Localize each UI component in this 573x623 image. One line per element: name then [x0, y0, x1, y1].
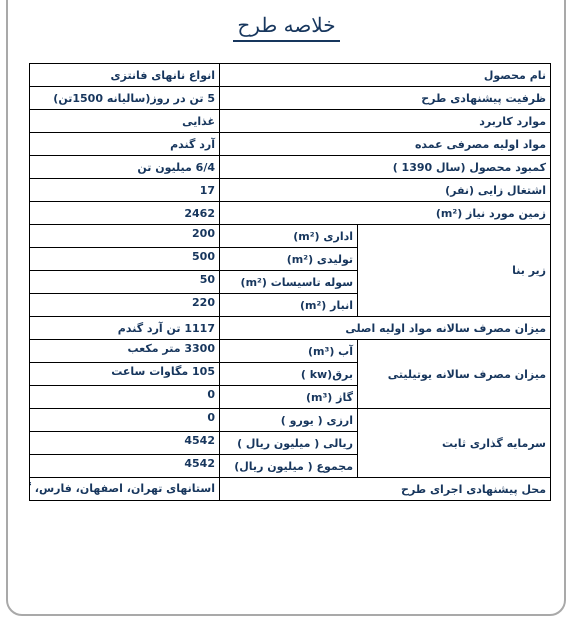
investment-label: سرمایه گذاری ثابت [358, 409, 551, 478]
utilities-water-value: 3300 متر مکعب [30, 340, 220, 363]
utilities-power-value: 105 مگاوات ساعت [30, 363, 220, 386]
summary-table: نام محصول انواع نانهای فانتزی ظرفیت پیشن… [29, 63, 551, 501]
location-label: محل پیشنهادی اجرای طرح [220, 478, 551, 501]
table-row: کمبود محصول (سال 1390 ) 6/4 میلیون تن [30, 156, 551, 179]
built-area-warehouse-value: 220 [30, 294, 220, 317]
investment-foreign-value: 0 [30, 409, 220, 432]
annual-raw-label: میزان مصرف سالانه مواد اولیه اصلی [220, 317, 551, 340]
capacity-label: ظرفیت پیشنهادی طرح [220, 87, 551, 110]
title-text: خلاصه طرح [233, 12, 339, 42]
employment-label: اشتغال زایی (نفر) [220, 179, 551, 202]
built-area-label: زیر بنا [358, 225, 551, 317]
built-area-warehouse-label: انبار (m²) [220, 294, 358, 317]
table-row: میزان مصرف سالانه یوتیلیتی آب (m³) 3300 … [30, 340, 551, 363]
table-row: مواد اولیه مصرفی عمده آرد گندم [30, 133, 551, 156]
investment-total-label: مجموع ( میلیون ریال) [220, 455, 358, 478]
product-name-label: نام محصول [220, 64, 551, 87]
location-value-rest: اصفهان، فارس، گیلان و خراسان رضوی [30, 482, 123, 495]
land-value: 2462 [30, 202, 220, 225]
usage-label: موارد کاربرد [220, 110, 551, 133]
investment-foreign-label: ارزی ( یورو ) [220, 409, 358, 432]
utilities-gas-value: 0 [30, 386, 220, 409]
employment-value: 17 [30, 179, 220, 202]
table-row: نام محصول انواع نانهای فانتزی [30, 64, 551, 87]
shortage-label: کمبود محصول (سال 1390 ) [220, 156, 551, 179]
utilities-power-label: برق(kw ) [220, 363, 358, 386]
table-row: اشتغال زایی (نفر) 17 [30, 179, 551, 202]
table-row: زمین مورد نیاز (m²) 2462 [30, 202, 551, 225]
built-area-production-value: 500 [30, 248, 220, 271]
built-area-office-value: 200 [30, 225, 220, 248]
raw-material-value: آرد گندم [30, 133, 220, 156]
built-area-facilities-label: سوله تاسیسات (m²) [220, 271, 358, 294]
table-row: سرمایه گذاری ثابت ارزی ( یورو ) 0 [30, 409, 551, 432]
capacity-value: 5 تن در روز(سالیانه 1500تن) [30, 87, 220, 110]
table-row: ظرفیت پیشنهادی طرح 5 تن در روز(سالیانه 1… [30, 87, 551, 110]
investment-rial-label: ریالی ( میلیون ریال ) [220, 432, 358, 455]
product-name-value: انواع نانهای فانتزی [30, 64, 220, 87]
built-area-production-label: تولیدی (m²) [220, 248, 358, 271]
location-value-bold: استانهای تهران، [127, 482, 215, 495]
annual-raw-value: 1117 تن آرد گندم [30, 317, 220, 340]
table-row: محل پیشنهادی اجرای طرح استانهای تهران، ا… [30, 478, 551, 501]
raw-material-label: مواد اولیه مصرفی عمده [220, 133, 551, 156]
investment-rial-value: 4542 [30, 432, 220, 455]
utilities-water-label: آب (m³) [220, 340, 358, 363]
location-value: استانهای تهران، اصفهان، فارس، گیلان و خر… [30, 478, 220, 501]
built-area-facilities-value: 50 [30, 271, 220, 294]
table-row: موارد کاربرد غذایی [30, 110, 551, 133]
land-label: زمین مورد نیاز (m²) [220, 202, 551, 225]
utilities-gas-label: گاز (m³) [220, 386, 358, 409]
usage-value: غذایی [30, 110, 220, 133]
built-area-office-label: اداری (m²) [220, 225, 358, 248]
table-row: میزان مصرف سالانه مواد اولیه اصلی 1117 ت… [30, 317, 551, 340]
utilities-label: میزان مصرف سالانه یوتیلیتی [358, 340, 551, 409]
investment-total-value: 4542 [30, 455, 220, 478]
table-row: زیر بنا اداری (m²) 200 [30, 225, 551, 248]
page-title: خلاصه طرح [0, 12, 573, 42]
shortage-value: 6/4 میلیون تن [30, 156, 220, 179]
